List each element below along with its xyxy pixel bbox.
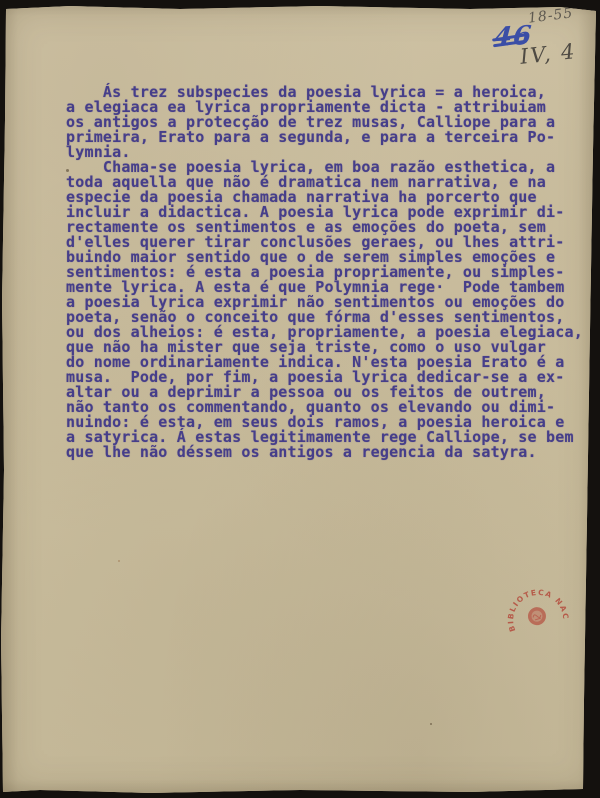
- stamp-arc-text: BIBLIOTECA NACIONAL: [490, 572, 572, 642]
- typed-line: que lhe não déssem os antigos a regencia…: [66, 445, 586, 460]
- paper-speck: [430, 723, 432, 725]
- library-stamp-icon: BIBLIOTECA NACIONAL: [490, 572, 585, 654]
- stamp-svg: BIBLIOTECA NACIONAL: [490, 572, 585, 654]
- annotation-section-number: IV, 4: [519, 39, 578, 69]
- paper-speck: [66, 169, 69, 172]
- annotation-pencil-number: 18-55: [527, 5, 574, 26]
- document-page: 18-55 46 IV, 4 Ás trez subspecies da poe…: [0, 0, 600, 798]
- scan-background: 18-55 46 IV, 4 Ás trez subspecies da poe…: [0, 0, 600, 798]
- typed-text-block: Ás trez subspecies da poesia lyrica = a …: [66, 85, 586, 460]
- paper-speck: [118, 560, 120, 562]
- typed-line: primeira, Erato para a segunda, e para a…: [66, 130, 586, 145]
